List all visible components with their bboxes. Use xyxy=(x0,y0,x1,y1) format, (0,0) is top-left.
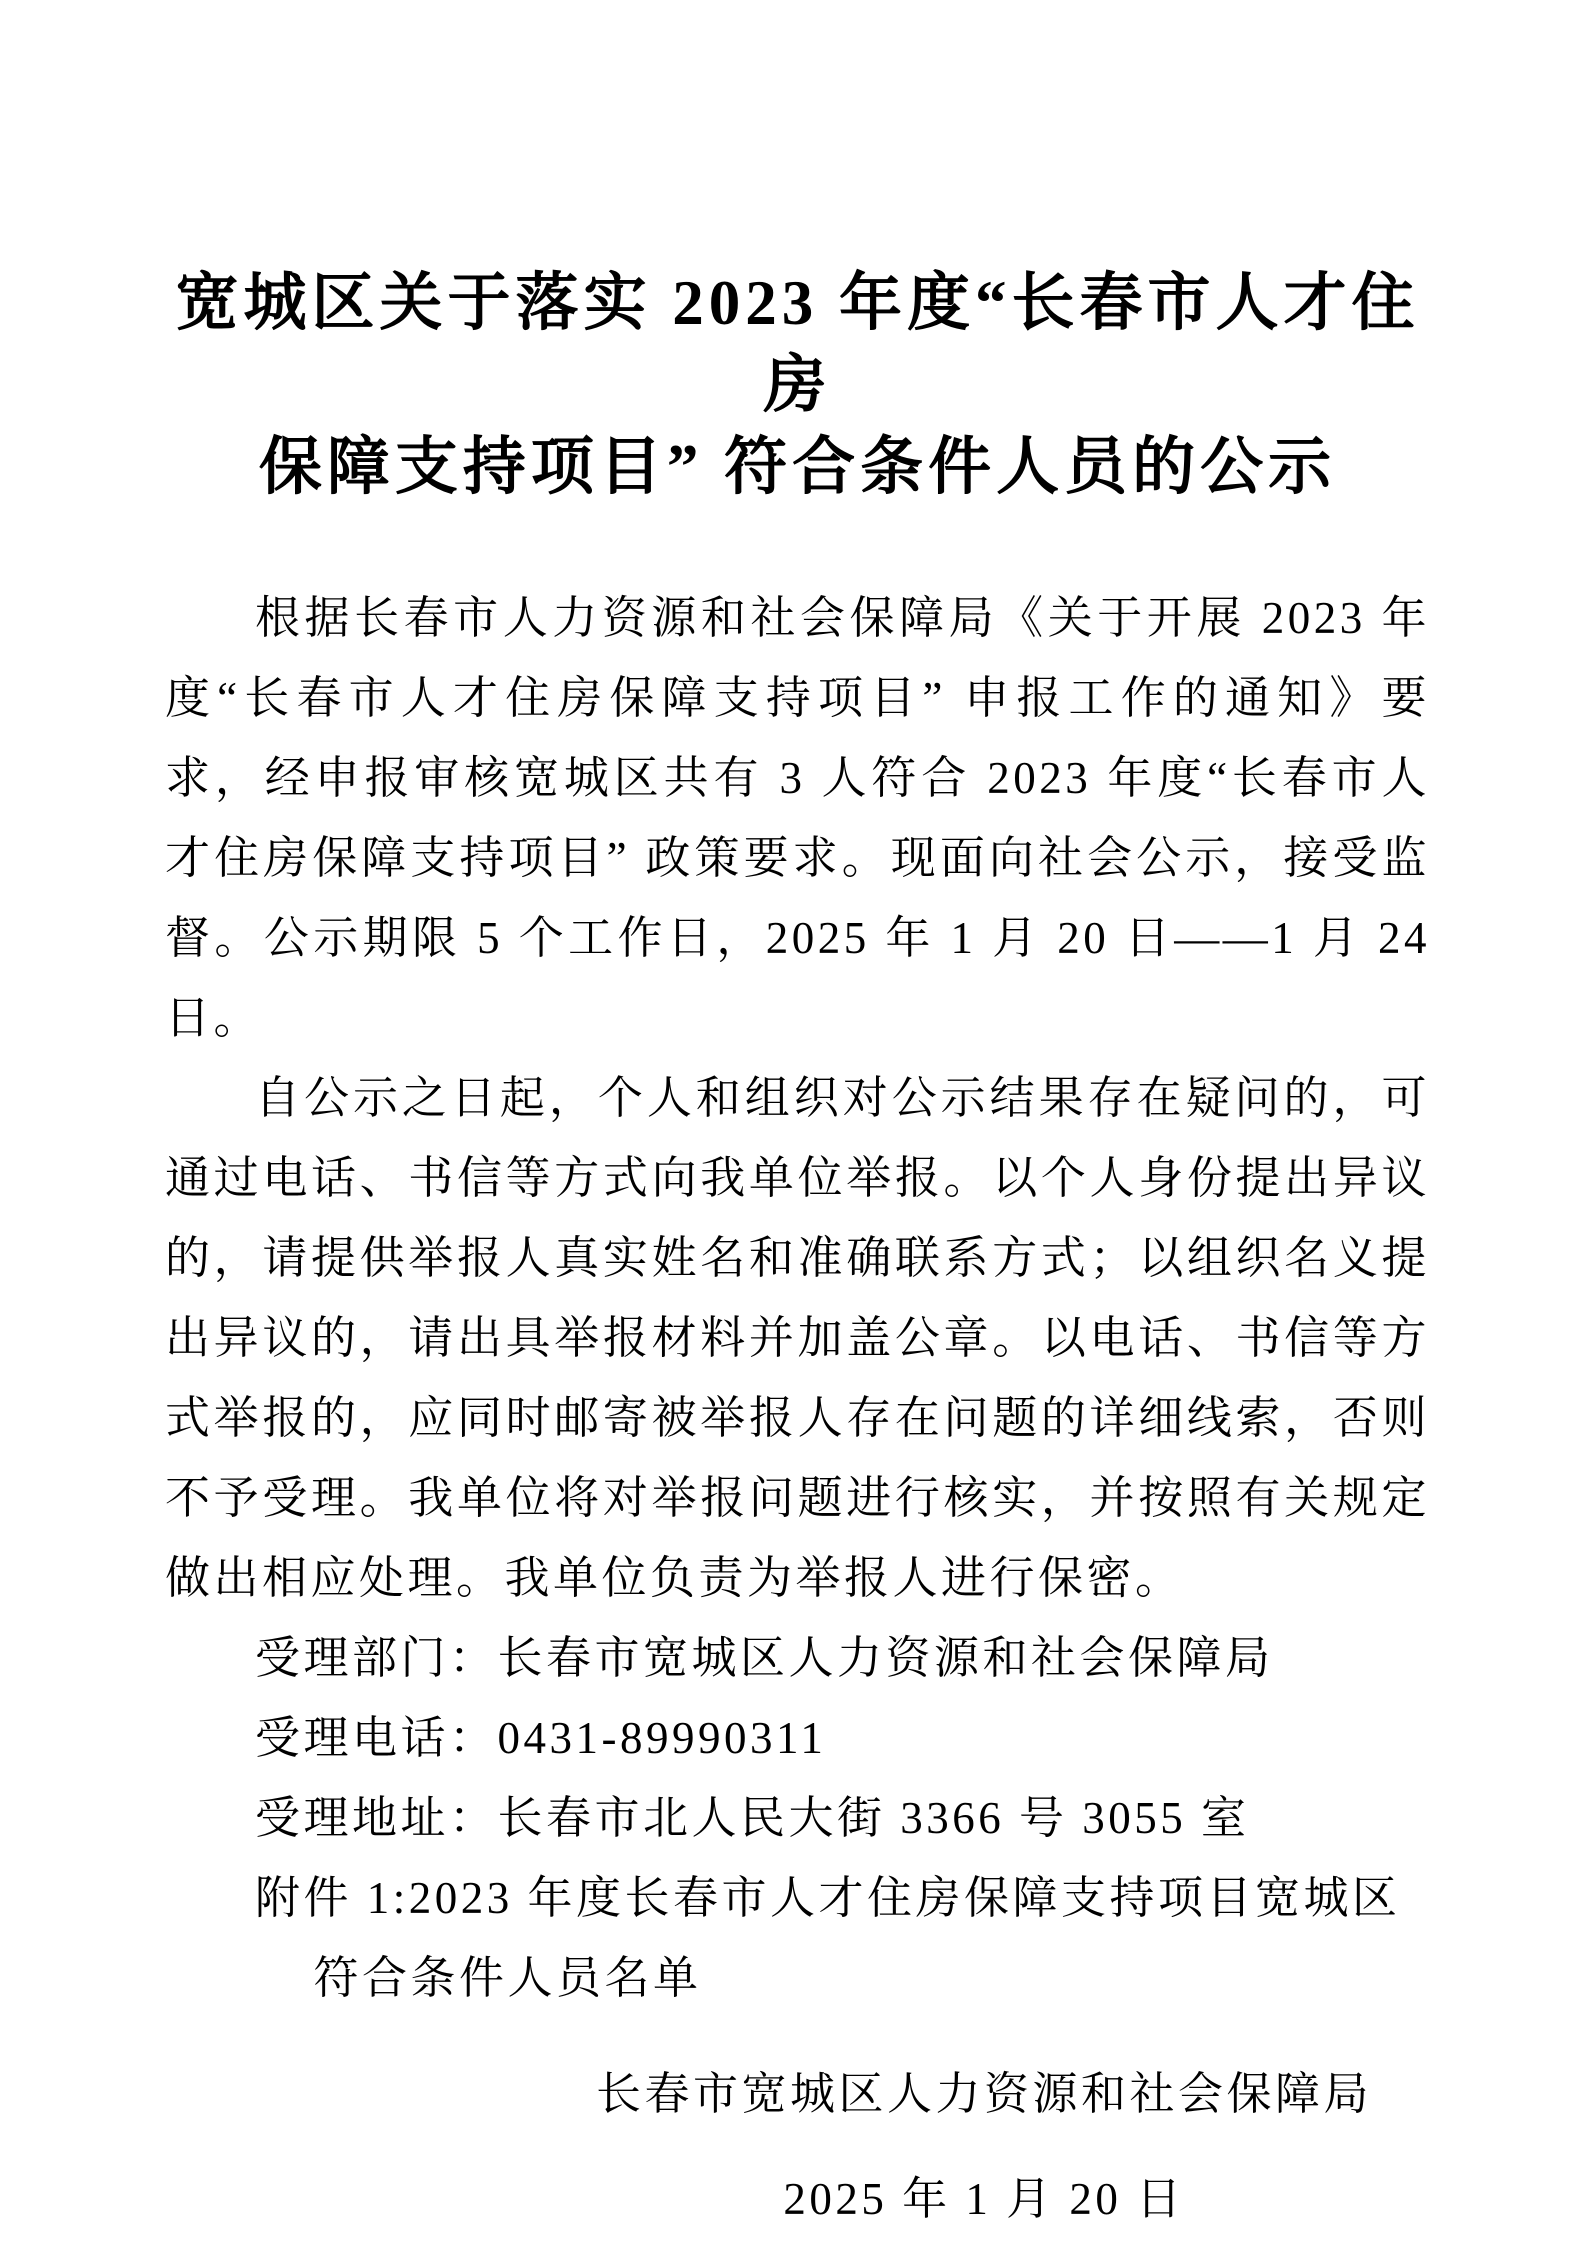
signature-organization: 长春市宽城区人力资源和社会保障局 xyxy=(596,2042,1372,2147)
signature-block: 长春市宽城区人力资源和社会保障局 2025 年 1 月 20 日 xyxy=(596,2042,1372,2245)
document-page: 宽城区关于落实 2023 年度“长春市人才住房 保障支持项目” 符合条件人员的公… xyxy=(0,0,1587,2245)
contact-phone-line: 受理电话：0431-89990311 xyxy=(165,1698,1430,1778)
attachment-line: 附件 1:2023 年度长春市人才住房保障支持项目宽城区符合条件人员名单 xyxy=(165,1858,1430,2018)
title-line-1: 宽城区关于落实 2023 年度“长春市人才住房 xyxy=(165,262,1430,426)
document-body: 根据长春市人力资源和社会保障局《关于开展 2023 年度“长春市人才住房保障支持… xyxy=(165,578,1430,2018)
title-line-2: 保障支持项目” 符合条件人员的公示 xyxy=(165,426,1430,508)
document-title: 宽城区关于落实 2023 年度“长春市人才住房 保障支持项目” 符合条件人员的公… xyxy=(165,262,1430,508)
document-content: 宽城区关于落实 2023 年度“长春市人才住房 保障支持项目” 符合条件人员的公… xyxy=(0,262,1587,2245)
contact-address-line: 受理地址：长春市北人民大街 3366 号 3055 室 xyxy=(165,1778,1430,1858)
paragraph-objection-procedure: 自公示之日起，个人和组织对公示结果存在疑问的，可通过电话、书信等方式向我单位举报… xyxy=(165,1058,1430,1618)
contact-department-line: 受理部门：长春市宽城区人力资源和社会保障局 xyxy=(165,1618,1430,1698)
paragraph-publicity-basis: 根据长春市人力资源和社会保障局《关于开展 2023 年度“长春市人才住房保障支持… xyxy=(165,578,1430,1058)
signature-date: 2025 年 1 月 20 日 xyxy=(596,2147,1372,2245)
